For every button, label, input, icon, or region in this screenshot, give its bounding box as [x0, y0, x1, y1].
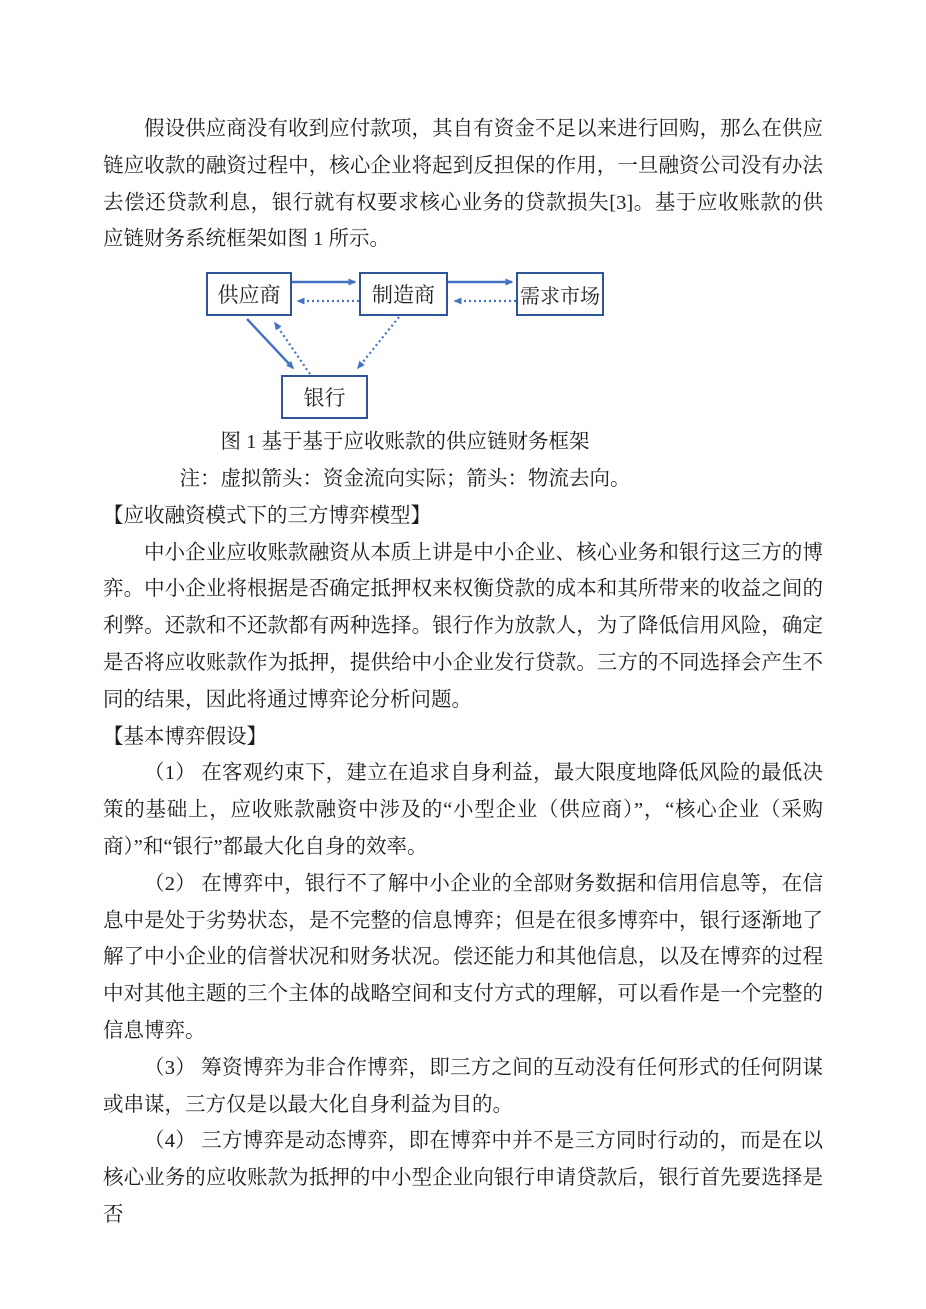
node-manufacturer: 制造商 [359, 272, 448, 316]
paragraph-intro: 假设供应商没有收到应付款项，其自有资金不足以来进行回购，那么在供应链应收款的融资… [103, 111, 823, 258]
document-page: 假设供应商没有收到应付款项，其自有资金不足以来进行回购，那么在供应链应收款的融资… [0, 0, 926, 1234]
figure-block: 供应商 制造商 需求市场 银行 图 1 基于基于应收账款的供应链财务框架 注：虚… [103, 264, 707, 498]
node-supplier: 供应商 [206, 272, 292, 316]
figure-caption: 图 1 基于基于应收账款的供应链财务框架 [103, 424, 707, 461]
figure-diagram: 供应商 制造商 需求市场 银行 [103, 264, 707, 424]
section-heading-tripartite-model: 【应收融资模式下的三方博弈模型】 [103, 498, 823, 535]
assumption-item-3: （3） 筹资博弈为非合作博弈，即三方之间的互动没有任何形式的任何阴谋或串谋，三方… [103, 1050, 823, 1124]
node-demand-market: 需求市场 [516, 272, 604, 316]
figure-note: 注：虚拟箭头：资金流向实际；箭头：物流去向。 [103, 461, 707, 498]
assumption-item-1: （1） 在客观约束下，建立在追求自身利益，最大限度地降低风险的最低决策的基础上，… [103, 755, 823, 865]
section-heading-basic-assumptions: 【基本博弈假设】 [103, 719, 823, 756]
assumption-item-2: （2） 在博弈中，银行不了解中小企业的全部财务数据和信用信息等，在信息中是处于劣… [103, 866, 823, 1050]
assumption-item-4: （4） 三方博弈是动态博弈，即在博弈中并不是三方同时行动的，而是在以核心业务的应… [103, 1123, 823, 1233]
node-bank: 银行 [281, 375, 368, 419]
arrow-manufacturer-to-bank-dotted [358, 317, 399, 368]
arrow-supplier-to-bank-solid [247, 319, 293, 368]
paragraph-model: 中小企业应收账款融资从本质上讲是中小企业、核心业务和银行这三方的博弈。中小企业将… [103, 535, 823, 719]
